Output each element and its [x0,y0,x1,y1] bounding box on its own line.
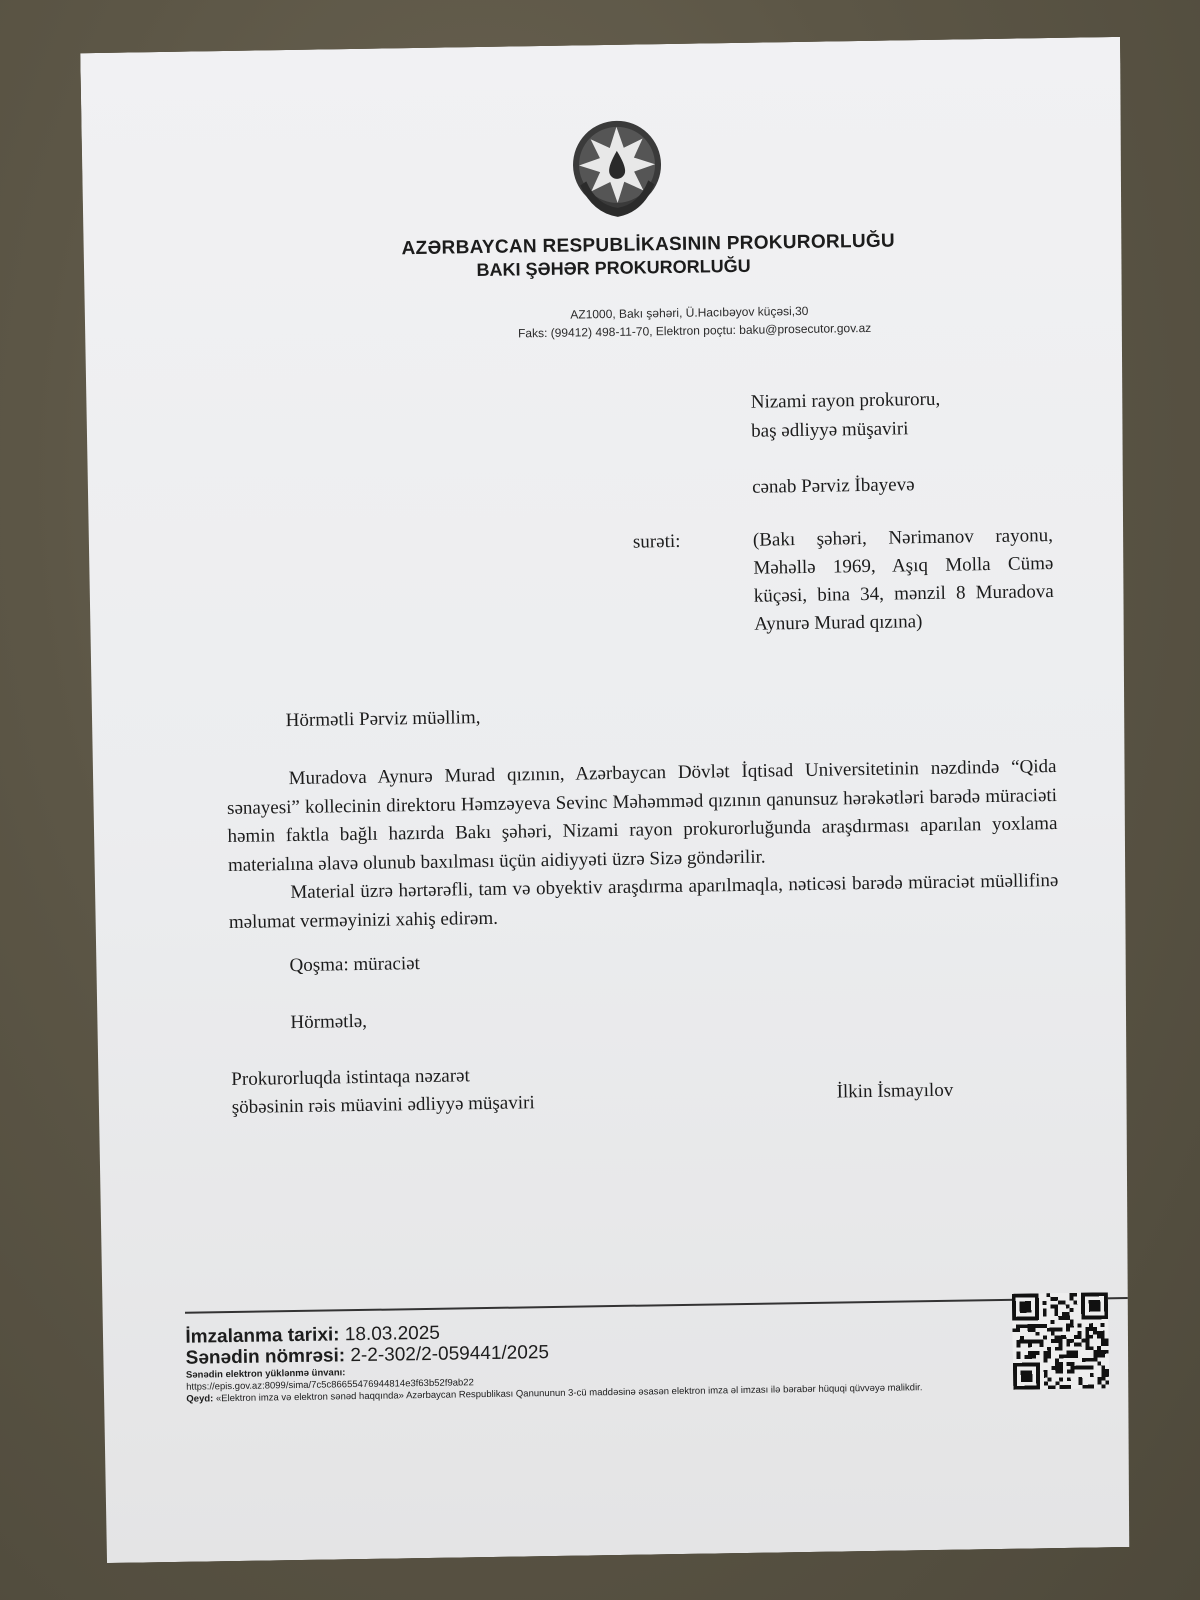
document-number-label: Sənədin nömrəsi: [186,1345,346,1369]
copy-address: (Bakı şəhəri, Nərimanov rayonu, Məhəllə … [753,522,1055,639]
copy-label: surəti: [633,531,681,554]
signer-title: Prokurorluqda istintaqa nəzarət şöbəsini… [231,1061,535,1122]
legal-note-label: Qeyd: [186,1393,213,1404]
recipient-line1: Nizami rayon prokuroru, [751,385,941,417]
letter-body: Muradova Aynurə Murad qızının, Azərbayca… [226,753,1059,937]
closing: Hörmətlə, [290,1011,367,1034]
signer-name: İlkin İsmayılov [836,1080,953,1104]
recipient-line2: baş ədliyyə müşaviri [751,414,941,446]
recipient-name: cənab Pərviz İbayevə [752,470,915,502]
footer-divider [185,1297,1130,1314]
sign-date-label: İmzalanma tarixi: [185,1324,339,1347]
greeting: Hörmətli Pərviz müəllim, [286,707,481,732]
document-number: Sənədin nömrəsi: 2-2-302/2-059441/2025 [186,1342,550,1370]
recipient-position: Nizami rayon prokuroru, baş ədliyyə müşa… [751,385,941,446]
paragraph: Muradova Aynurə Murad qızının, Azərbayca… [226,753,1058,880]
attachment-note: Qoşma: müraciət [289,953,420,977]
sign-date-value: 18.03.2025 [345,1323,440,1345]
qr-code-icon [1012,1292,1109,1389]
signer-title-line2: şöbəsinin rəis müavini ədliyyə müşaviri [232,1089,535,1122]
paragraph: Material üzrə hərtərəfli, tam və obyekti… [228,867,1059,937]
letter-page: AZƏRBAYCAN RESPUBLİKASININ PROKURORLUĞU … [80,37,1144,1563]
document-number-value: 2-2-302/2-059441/2025 [350,1342,549,1366]
azerbaijan-state-emblem-icon [561,114,673,226]
